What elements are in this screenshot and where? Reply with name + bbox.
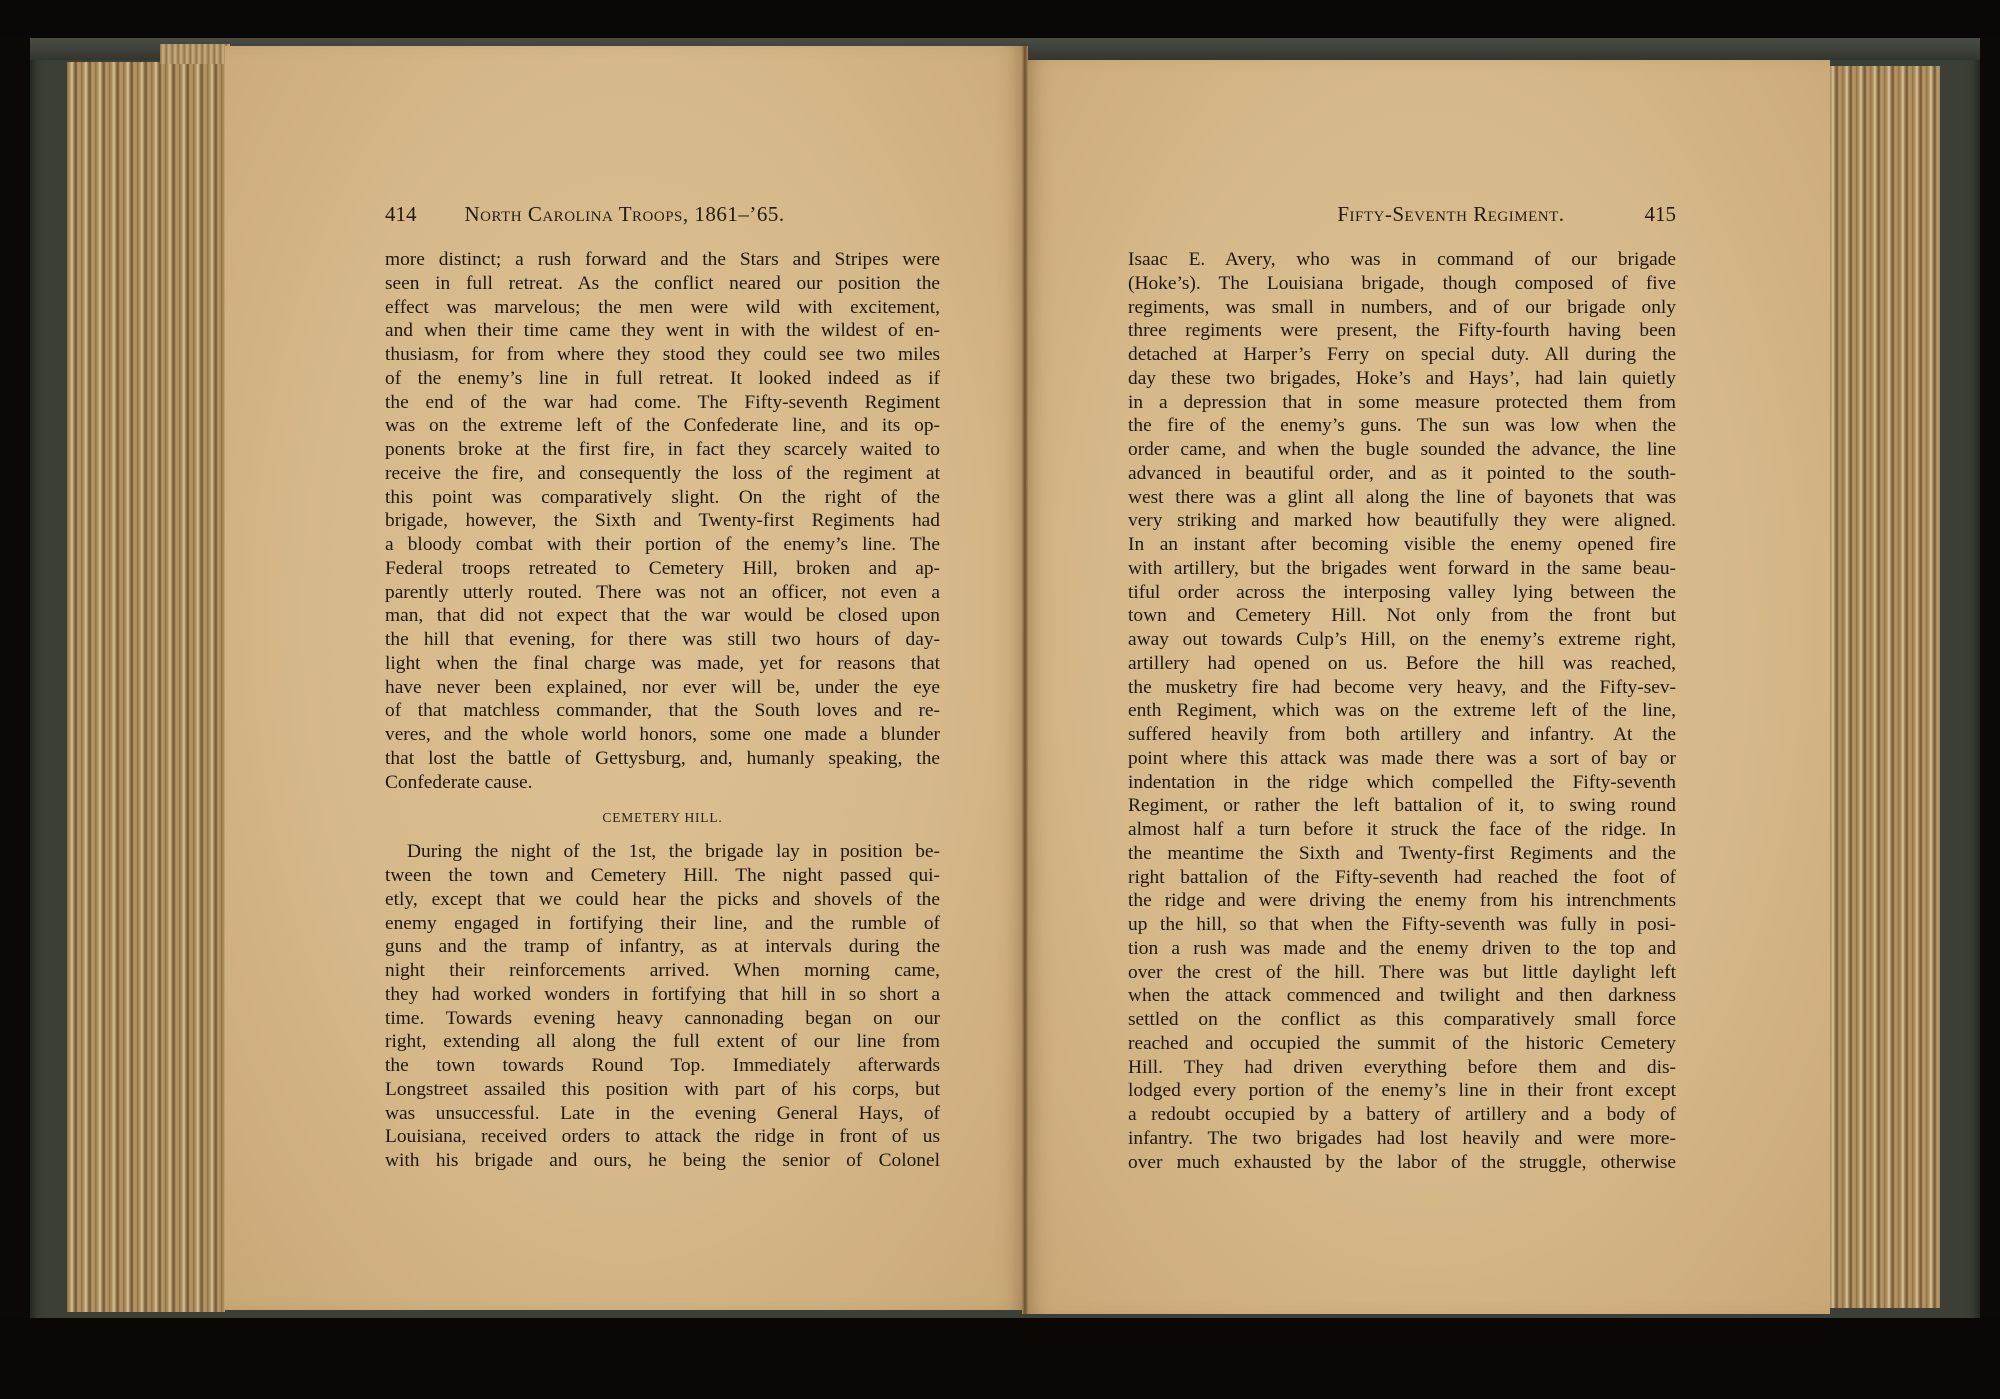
text-line: effect was marvelous; the men were wild …: [385, 296, 940, 320]
text-line: that lost the battle of Gettysburg, and,…: [385, 747, 940, 771]
text-line: During the night of the 1st, the brigade…: [385, 840, 940, 864]
text-line: detached at Harper’s Ferry on special du…: [1128, 343, 1676, 367]
left-page-block-top: [160, 44, 230, 64]
text-line: reached and occupied the summit of the h…: [1128, 1032, 1676, 1056]
paragraph-1: more distinct; a rush forward and the St…: [385, 248, 940, 794]
text-line: over the crest of the hill. There was bu…: [1128, 961, 1676, 985]
left-page-body: more distinct; a rush forward and the St…: [385, 248, 940, 1173]
text-line: three regiments were present, the Fifty-…: [1128, 319, 1676, 343]
text-line: when the attack commenced and twilight a…: [1128, 984, 1676, 1008]
text-line: the hill that evening, for there was sti…: [385, 628, 940, 652]
scan-background-top: [0, 0, 2000, 38]
text-line: the town towards Round Top. Immediately …: [385, 1054, 940, 1078]
book-gutter: [1022, 46, 1028, 1314]
text-line: Louisiana, received orders to attack the…: [385, 1125, 940, 1149]
text-line: Confederate cause.: [385, 771, 940, 795]
running-title-right: Fifty-Seventh Regiment.: [1337, 202, 1564, 227]
text-line: parently utterly routed. There was not a…: [385, 581, 940, 605]
text-line: tiful order across the interposing valle…: [1128, 581, 1676, 605]
text-line: this point was comparatively slight. On …: [385, 486, 940, 510]
text-line: up the hill, so that when the Fifty-seve…: [1128, 913, 1676, 937]
text-line: very striking and marked how beautifully…: [1128, 509, 1676, 533]
text-line: veres, and the whole world honors, some …: [385, 723, 940, 747]
text-line: thusiasm, for from where they stood they…: [385, 343, 940, 367]
text-line: of the enemy’s line in full retreat. It …: [385, 367, 940, 391]
text-line: artillery had opened on us. Before the h…: [1128, 652, 1676, 676]
text-line: right battalion of the Fifty-seventh had…: [1128, 866, 1676, 890]
text-line: have never been explained, nor ever will…: [385, 676, 940, 700]
text-line: brigade, however, the Sixth and Twenty-f…: [385, 509, 940, 533]
text-line: the musketry fire had become very heavy,…: [1128, 676, 1676, 700]
text-line: more distinct; a rush forward and the St…: [385, 248, 940, 272]
text-line: point where this attack was made there w…: [1128, 747, 1676, 771]
text-line: settled on the conflict as this comparat…: [1128, 1008, 1676, 1032]
scan-background-bottom: [0, 1318, 2000, 1399]
right-running-head: Fifty-Seventh Regiment. 415: [1128, 202, 1676, 227]
text-line: order came, and when the bugle sounded t…: [1128, 438, 1676, 462]
text-line: receive the fire, and consequently the l…: [385, 462, 940, 486]
text-line: in a depression that in some measure pro…: [1128, 391, 1676, 415]
text-line: with his brigade and ours, he being the …: [385, 1149, 940, 1173]
text-line: the meantime the Sixth and Twenty-first …: [1128, 842, 1676, 866]
text-line: was on the extreme left of the Confedera…: [385, 414, 940, 438]
text-line: tion a rush was made and the enemy drive…: [1128, 937, 1676, 961]
left-running-head: 414 North Carolina Troops, 1861–’65.: [385, 202, 940, 227]
text-line: enemy engaged in fortifying their line, …: [385, 912, 940, 936]
text-line: the ridge and were driving the enemy fro…: [1128, 889, 1676, 913]
text-line: away out towards Culp’s Hill, on the ene…: [1128, 628, 1676, 652]
text-line: ponents broke at the first fire, in fact…: [385, 438, 940, 462]
text-line: was unsuccessful. Late in the evening Ge…: [385, 1102, 940, 1126]
text-line: regiments, was small in numbers, and of …: [1128, 296, 1676, 320]
text-line: guns and the tramp of infantry, as at in…: [385, 935, 940, 959]
text-line: Isaac E. Avery, who was in command of ou…: [1128, 248, 1676, 272]
text-line: day these two brigades, Hoke’s and Hays’…: [1128, 367, 1676, 391]
text-line: a bloody combat with their portion of th…: [385, 533, 940, 557]
text-line: town and Cemetery Hill. Not only from th…: [1128, 604, 1676, 628]
text-line: (Hoke’s). The Louisiana brigade, though …: [1128, 272, 1676, 296]
text-line: almost half a turn before it struck the …: [1128, 818, 1676, 842]
text-line: light when the final charge was made, ye…: [385, 652, 940, 676]
text-line: etly, except that we could hear the pick…: [385, 888, 940, 912]
text-line: In an instant after becoming visible the…: [1128, 533, 1676, 557]
left-page-block-edges: [67, 62, 225, 1312]
text-line: lodged every portion of the enemy’s line…: [1128, 1079, 1676, 1103]
page-number-right: 415: [1645, 202, 1677, 227]
text-line: with artillery, but the brigades went fo…: [1128, 557, 1676, 581]
text-line: advanced in beautiful order, and as it p…: [1128, 462, 1676, 486]
text-line: and when their time came they went in wi…: [385, 319, 940, 343]
text-line: the fire of the enemy’s guns. The sun wa…: [1128, 414, 1676, 438]
running-title-left: North Carolina Troops, 1861–’65.: [465, 202, 785, 227]
text-line: Longstreet assailed this position with p…: [385, 1078, 940, 1102]
text-line: Hill. They had driven everything before …: [1128, 1056, 1676, 1080]
text-line: right, extending all along the full exte…: [385, 1030, 940, 1054]
text-line: Regiment, or rather the left battalion o…: [1128, 794, 1676, 818]
section-heading: CEMETERY HILL.: [385, 794, 940, 840]
text-line: west there was a glint all along the lin…: [1128, 486, 1676, 510]
right-page-body: Isaac E. Avery, who was in command of ou…: [1128, 248, 1676, 1174]
text-line: seen in full retreat. As the conflict ne…: [385, 272, 940, 296]
page-number-left: 414: [385, 202, 417, 227]
text-line: indentation in the ridge which compelled…: [1128, 771, 1676, 795]
text-line: man, that did not expect that the war wo…: [385, 604, 940, 628]
text-line: a redoubt occupied by a battery of artil…: [1128, 1103, 1676, 1127]
text-line: the end of the war had come. The Fifty-s…: [385, 391, 940, 415]
text-line: night their reinforcements arrived. When…: [385, 959, 940, 983]
text-line: they had worked wonders in fortifying th…: [385, 983, 940, 1007]
text-line: time. Towards evening heavy cannonading …: [385, 1007, 940, 1031]
paragraph-2: During the night of the 1st, the brigade…: [385, 840, 940, 1173]
text-line: enth Regiment, which was on the extreme …: [1128, 699, 1676, 723]
text-line: tween the town and Cemetery Hill. The ni…: [385, 864, 940, 888]
text-line: Federal troops retreated to Cemetery Hil…: [385, 557, 940, 581]
text-line: suffered heavily from both artillery and…: [1128, 723, 1676, 747]
text-line: infantry. The two brigades had lost heav…: [1128, 1127, 1676, 1151]
right-page-block-edges: [1828, 66, 1940, 1308]
text-line: of that matchless commander, that the So…: [385, 699, 940, 723]
text-line: over much exhausted by the labor of the …: [1128, 1151, 1676, 1175]
